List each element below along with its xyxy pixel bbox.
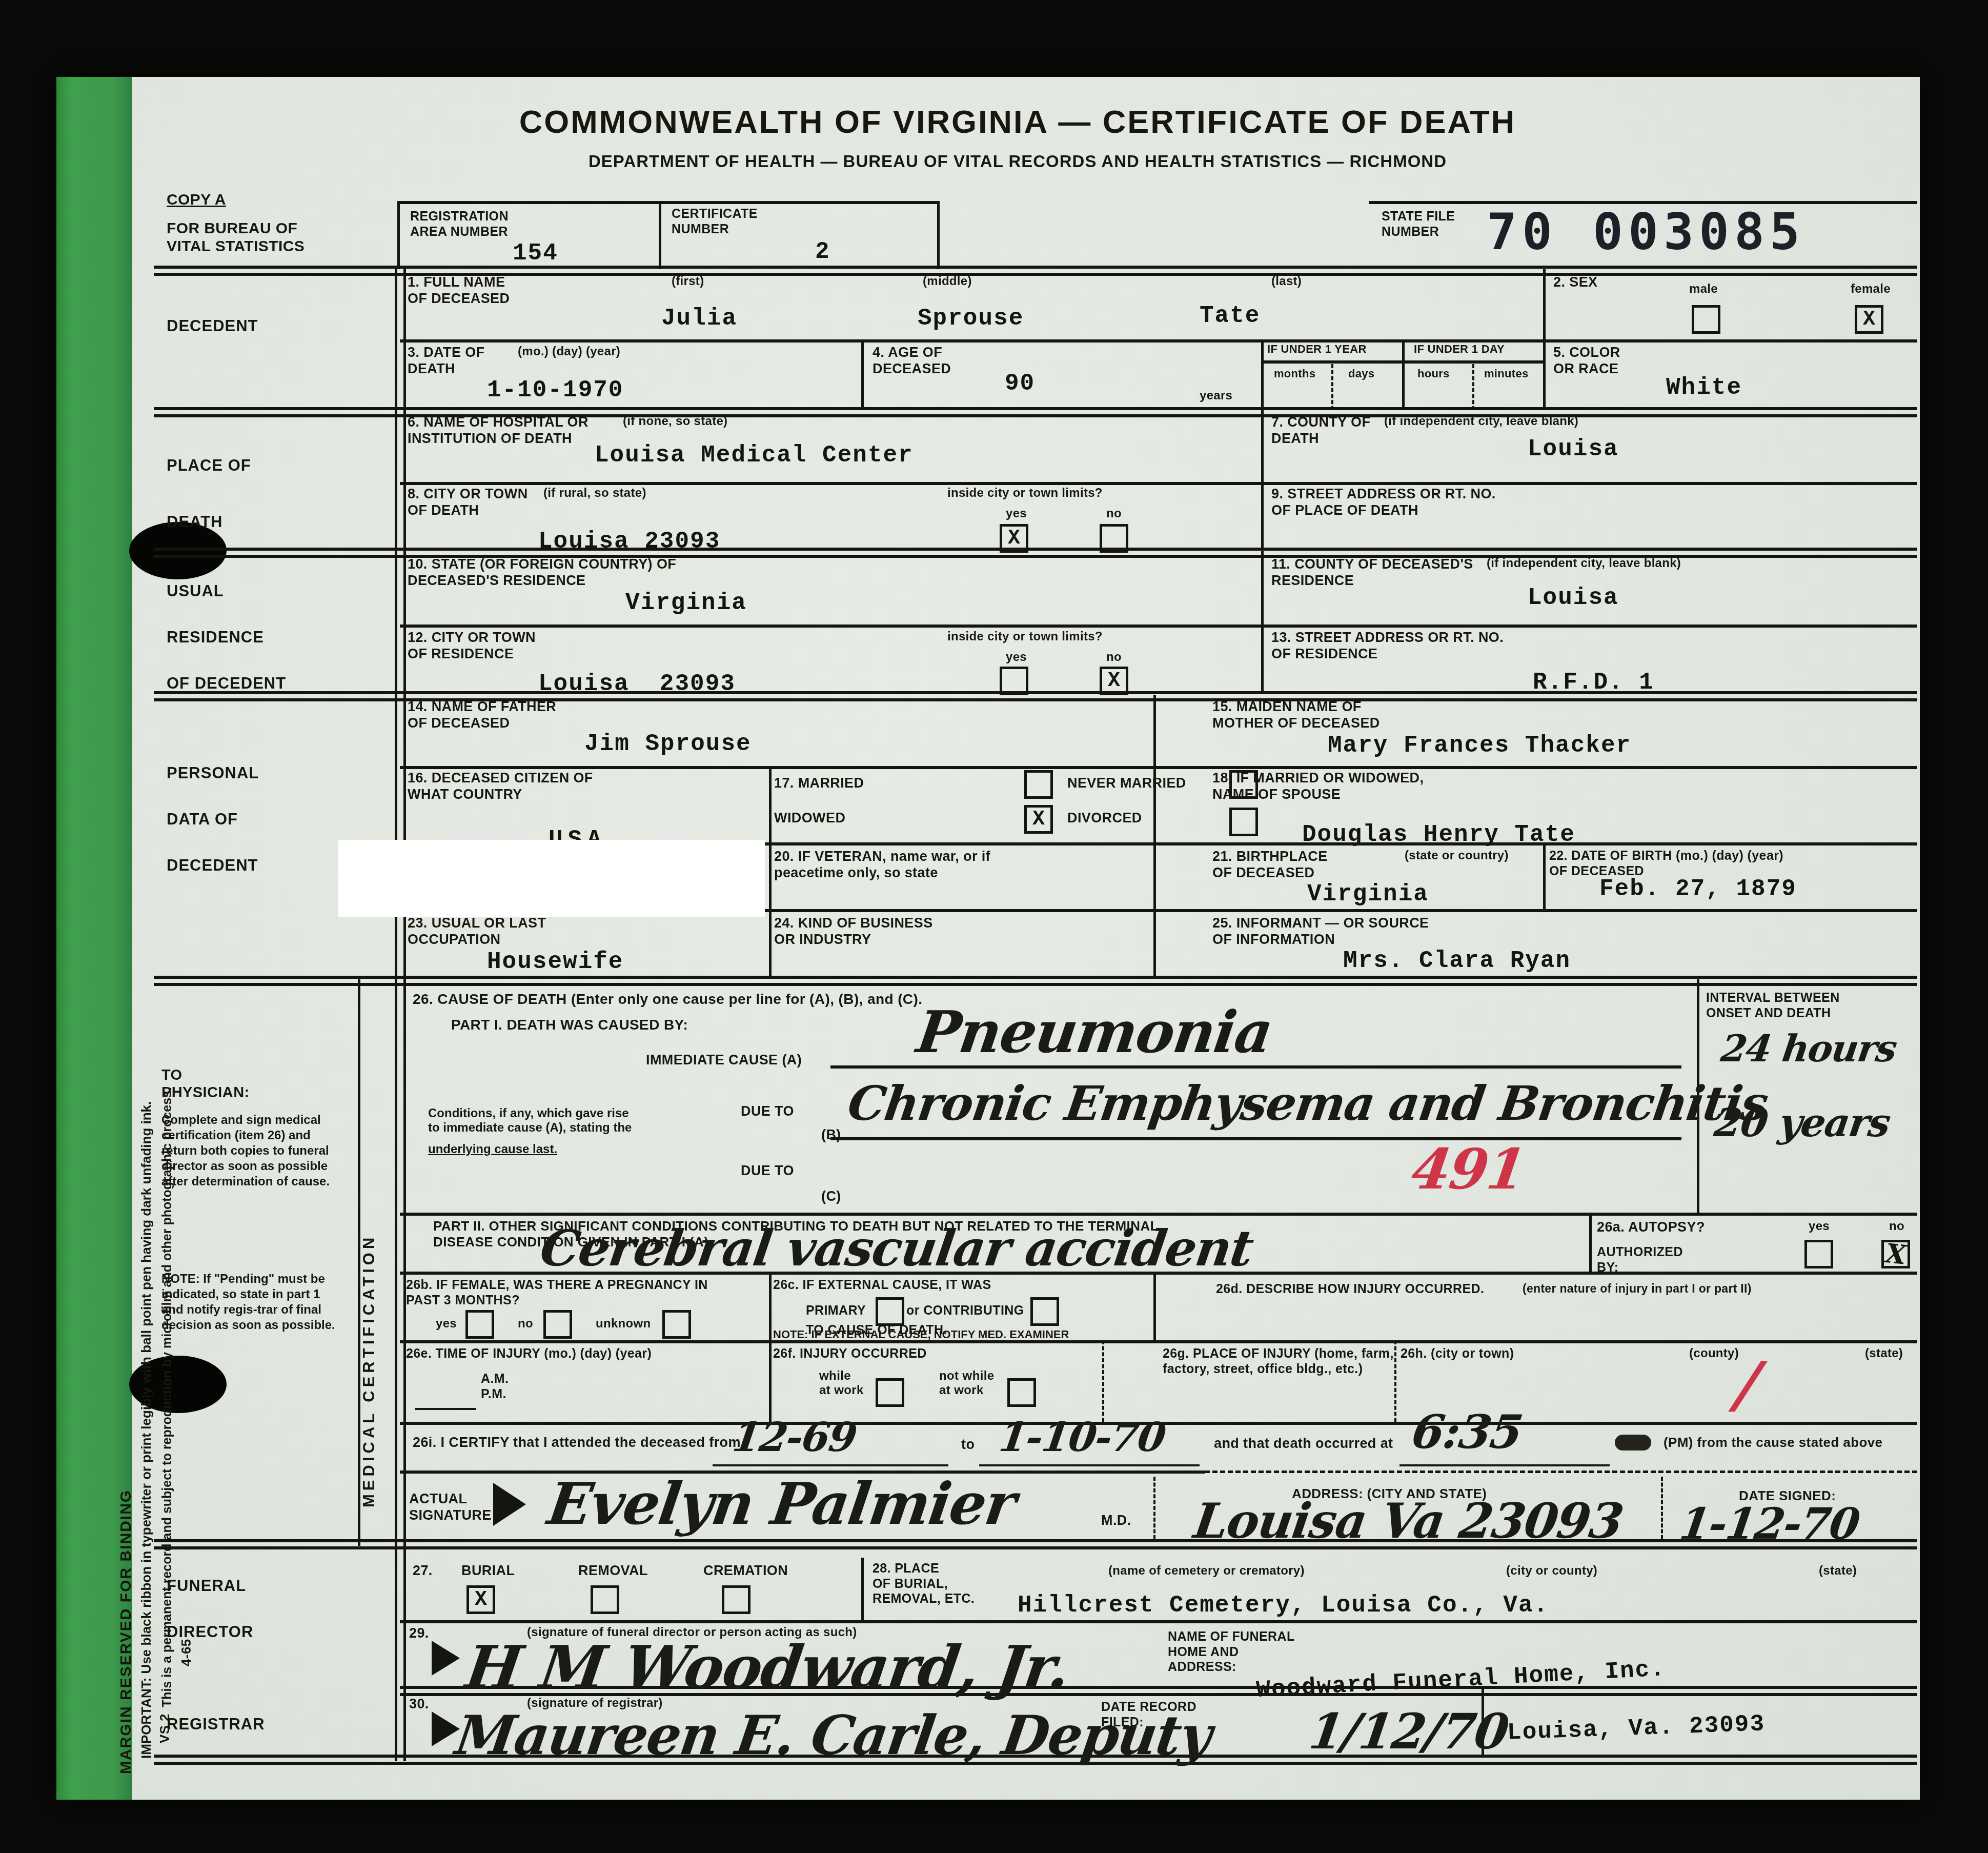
funeral-home-value: Woodward Funeral Home, Inc. — [1255, 1656, 1666, 1704]
cremation-label: CREMATION — [703, 1563, 788, 1579]
date-of-death-value: 1-10-1970 — [487, 377, 623, 404]
autopsy-no-checkbox: X — [1881, 1240, 1910, 1268]
field-8-yes-label: yes — [1006, 507, 1027, 521]
sex-male-checkbox — [1692, 305, 1720, 334]
part1-label: PART I. DEATH WAS CAUSED BY: — [451, 1016, 688, 1033]
field-26c-label: 26c. IF EXTERNAL CAUSE, IT WAS — [773, 1278, 991, 1293]
race-value: White — [1666, 374, 1742, 401]
mother-name-value: Mary Frances Thacker — [1328, 732, 1631, 759]
rail-place-of: PLACE OF — [167, 456, 251, 475]
field-13-label: 13. STREET ADDRESS OR RT. NO. OF RESIDEN… — [1271, 630, 1504, 662]
informant-value: Mrs. Clara Ryan — [1343, 948, 1571, 974]
funeral-home-city-value: Louisa, Va. 23093 — [1507, 1710, 1766, 1746]
certificate-paper: MARGIN RESERVED FOR BINDING IMPORTANT: U… — [56, 77, 1920, 1800]
field-21-hint: (state or country) — [1405, 849, 1509, 863]
field-27-num: 27. — [413, 1563, 433, 1579]
rail-registrar: REGISTRAR — [167, 1715, 265, 1734]
age-years-label: years — [1200, 389, 1232, 403]
pregnancy-yes-checkbox — [465, 1310, 494, 1339]
divorced-checkbox — [1229, 808, 1258, 836]
field-2-label: 2. SEX — [1553, 274, 1597, 291]
authorized-by-label: AUTHORIZED BY: — [1597, 1245, 1683, 1275]
date-filed-value: 1/12/70 — [1306, 1703, 1512, 1760]
b-label: (B) — [821, 1127, 841, 1143]
under-day-label: IF UNDER 1 DAY — [1414, 343, 1505, 356]
days-label: days — [1348, 367, 1374, 380]
contributing-label: or CONTRIBUTING — [906, 1303, 1024, 1319]
decedent-middle-name: Sprouse — [918, 305, 1024, 332]
date-filed-label: DATE RECORD FILED: — [1101, 1700, 1196, 1730]
immediate-cause-label: IMMEDIATE CAUSE (A) — [646, 1052, 802, 1069]
minutes-label: minutes — [1484, 367, 1528, 380]
rail-director: DIRECTOR — [167, 1623, 253, 1641]
interval-b-handwriting: 20 years — [1712, 1100, 1893, 1145]
field-7-hint: (if independent city, leave blank) — [1384, 414, 1578, 429]
md-label: M.D. — [1101, 1513, 1131, 1529]
field-1-last-hint: (last) — [1271, 274, 1302, 289]
field-21-label: 21. BIRTHPLACE OF DECEASED — [1212, 849, 1328, 881]
birthdate-value: Feb. 27, 1879 — [1599, 876, 1797, 902]
medical-certification-band: MEDICAL CERTIFICATION — [360, 1020, 379, 1507]
field-6-hint: (if none, so state) — [623, 414, 727, 429]
primary-checkbox — [876, 1297, 904, 1326]
margin-binding-note: MARGIN RESERVED FOR BINDING — [117, 1323, 135, 1774]
attended-from-value: 12-69 — [730, 1414, 859, 1461]
pregnancy-no-label: no — [518, 1317, 533, 1331]
registrar-signature: Maureen E. Carle, Deputy — [452, 1703, 1215, 1767]
am-scribbled-out: (AM) — [1615, 1435, 1651, 1451]
age-value: 90 — [1005, 370, 1035, 397]
under-year-label: IF UNDER 1 YEAR — [1267, 343, 1367, 356]
field-11-label: 11. COUNTY OF DECEASED'S RESIDENCE — [1271, 556, 1473, 589]
state-file-number: 70 003085 — [1487, 203, 1805, 261]
field-16-label: 16. DECEASED CITIZEN OF WHAT COUNTRY — [408, 770, 593, 803]
rail-data-of: DATA OF — [167, 810, 238, 829]
removal-checkbox — [591, 1585, 619, 1614]
removal-label: REMOVAL — [578, 1563, 648, 1579]
external-cause-note: NOTE: IF EXTERNAL CAUSE, NOTIFY MED. EXA… — [773, 1328, 1069, 1341]
widowed-checkbox: X — [1024, 805, 1053, 834]
contributing-checkbox — [1030, 1297, 1059, 1326]
interval-a-handwriting: 24 hours — [1718, 1026, 1899, 1070]
residence-street-value: R.F.D. 1 — [1533, 669, 1654, 696]
rail-death: DEATH — [167, 513, 222, 531]
due-to-b-label: DUE TO — [741, 1103, 794, 1120]
rail-funeral: FUNERAL — [167, 1577, 246, 1595]
widowed-mark: X — [1032, 808, 1045, 831]
certify-pre-text: 26i. I CERTIFY that I attended the decea… — [413, 1435, 741, 1451]
field-12-yes-label: yes — [1006, 650, 1027, 664]
hours-label: hours — [1417, 367, 1450, 380]
rail-usual: USUAL — [167, 582, 224, 600]
autopsy-yes-checkbox — [1804, 1240, 1833, 1268]
months-label: months — [1274, 367, 1315, 380]
field-12-label: 12. CITY OR TOWN OF RESIDENCE — [408, 630, 536, 662]
rail-of-decedent: OF DECEDENT — [167, 674, 286, 693]
sex-female-label: female — [1851, 282, 1891, 296]
field-4-label: 4. AGE OF DECEASED — [873, 345, 951, 377]
rail-physician-note: Complete and sign medical certification … — [161, 1113, 336, 1190]
actual-signature-label: ACTUAL SIGNATURE — [409, 1491, 492, 1524]
part2-handwriting: Cerebral vascular accident — [537, 1219, 1256, 1277]
copy-label: COPY A — [167, 191, 226, 209]
margin-important-note: IMPORTANT: Use black ribbon in typewrite… — [138, 682, 154, 1759]
field-26-label: 26. CAUSE OF DEATH (Enter only one cause… — [413, 991, 922, 1008]
field-26b-label: 26b. IF FEMALE, WAS THERE A PREGNANCY IN… — [406, 1278, 708, 1308]
city-of-death-value: Louisa 23093 — [538, 528, 720, 555]
funeral-director-signature: H M Woodward, Jr. — [462, 1633, 1074, 1702]
field-26g-label: 26g. PLACE OF INJURY (home, farm, factor… — [1163, 1346, 1394, 1377]
field-1-first-hint: (first) — [672, 274, 704, 289]
cause-b-handwriting: Chronic Emphysema and Bronchitis — [844, 1076, 1771, 1131]
field-26d-label: 26d. DESCRIBE HOW INJURY OCCURRED. — [1216, 1282, 1484, 1297]
hospital-value: Louisa Medical Center — [595, 442, 914, 469]
certificate-title: COMMONWEALTH OF VIRGINIA — CERTIFICATE O… — [261, 104, 1774, 140]
field-17-divorced-label: DIVORCED — [1067, 810, 1142, 827]
field-18-label: 18. IF MARRIED OR WIDOWED, NAME OF SPOUS… — [1212, 770, 1424, 803]
autopsy-no-label: no — [1889, 1219, 1904, 1234]
rail-residence: RESIDENCE — [167, 628, 264, 647]
c-label: (C) — [821, 1189, 841, 1205]
limits-yes-checkbox: X — [1000, 524, 1028, 553]
father-name-value: Jim Sprouse — [584, 731, 752, 757]
field-17-married-label: 17. MARRIED — [774, 775, 864, 792]
residence-county-value: Louisa — [1528, 585, 1619, 611]
cemetery-value: Hillcrest Cemetery, Louisa Co., Va. — [1018, 1592, 1549, 1619]
scanned-death-certificate: MARGIN RESERVED FOR BINDING IMPORTANT: U… — [0, 0, 1988, 1853]
not-while-at-work-checkbox — [1007, 1378, 1036, 1407]
field-9-label: 9. STREET ADDRESS OR RT. NO. OF PLACE OF… — [1271, 486, 1496, 519]
while-at-work-label: while at work — [819, 1369, 864, 1398]
due-to-c-label: DUE TO — [741, 1163, 794, 1179]
autopsy-label: 26a. AUTOPSY? — [1597, 1219, 1705, 1236]
primary-label: PRIMARY — [806, 1303, 866, 1319]
sex-female-mark: X — [1863, 308, 1875, 331]
rail-to-physician: TO PHYSICIAN: — [161, 1066, 250, 1101]
field-14-label: 14. NAME OF FATHER OF DECEASED — [408, 699, 556, 732]
burial-checkbox: X — [466, 1585, 495, 1614]
field-26f-label: 26f. INJURY OCCURRED — [773, 1346, 927, 1362]
pregnancy-yes-label: yes — [436, 1317, 457, 1331]
certificate-subtitle: DEPARTMENT OF HEALTH — BUREAU OF VITAL R… — [261, 152, 1774, 171]
signature-arrow-icon — [493, 1483, 526, 1526]
certificate-number-value: 2 — [815, 238, 830, 265]
interval-label: INTERVAL BETWEEN ONSET AND DEATH — [1706, 991, 1840, 1021]
field-22-label: 22. DATE OF BIRTH (mo.) (day) (year) OF … — [1549, 849, 1783, 879]
pregnancy-unknown-label: unknown — [596, 1317, 651, 1331]
field-10-label: 10. STATE (OR FOREIGN COUNTRY) OF DECEAS… — [408, 556, 676, 589]
registration-area-value: 154 — [513, 240, 558, 267]
decedent-first-name: Julia — [661, 305, 737, 332]
autopsy-yes-label: yes — [1809, 1219, 1830, 1234]
county-hint: (county) — [1689, 1346, 1739, 1361]
field-3-hint: (mo.) (day) (year) — [518, 345, 620, 359]
burial-mark: X — [475, 1588, 487, 1612]
cause-a-handwriting: Pneumonia — [913, 999, 1276, 1066]
field-28-hint2: (city or county) — [1506, 1564, 1597, 1578]
red-code-stamp: 491 — [1408, 1137, 1529, 1202]
copy-bureau-label: FOR BUREAU OF VITAL STATISTICS — [167, 219, 305, 256]
rail-decedent2: DECEDENT — [167, 856, 258, 875]
field-12-no-label: no — [1106, 650, 1122, 664]
residence-limits-no-mark: X — [1108, 670, 1120, 693]
certificate-number-label: CERTIFICATE NUMBER — [672, 207, 758, 237]
county-of-death-value: Louisa — [1528, 436, 1619, 462]
residence-city-value: Louisa 23093 — [538, 671, 736, 697]
burial-label: BURIAL — [461, 1563, 515, 1579]
limits-yes-mark: X — [1008, 527, 1020, 550]
field-6-label: 6. NAME OF HOSPITAL OR INSTITUTION OF DE… — [408, 414, 589, 447]
field-1-label: 1. FULL NAME OF DECEASED — [408, 274, 510, 307]
margin-permanent-note: This is a permanent record and subject t… — [160, 759, 175, 1707]
field-24-label: 24. KIND OF BUSINESS OR INDUSTRY — [774, 915, 933, 948]
autopsy-no-mark: X — [1884, 1238, 1908, 1271]
field-8-label: 8. CITY OR TOWN OF DEATH — [408, 486, 528, 519]
field-1-middle-hint: (middle) — [923, 274, 972, 289]
birthplace-value: Virginia — [1307, 881, 1429, 908]
field-30-num: 30. — [409, 1696, 429, 1713]
field-29-num: 29. — [409, 1625, 429, 1642]
state-hint: (state) — [1865, 1346, 1903, 1361]
field-3-label: 3. DATE OF DEATH — [408, 345, 485, 377]
rail-pending-note: NOTE: If "Pending" must be indicated, so… — [161, 1272, 336, 1333]
field-8-hint: (if rural, so state) — [543, 486, 646, 500]
rail-decedent: DECEDENT — [167, 317, 258, 335]
while-at-work-checkbox — [876, 1378, 904, 1407]
field-15-label: 15. MAIDEN NAME OF MOTHER OF DECEASED — [1212, 699, 1380, 732]
field-23-label: 23. USUAL OR LAST OCCUPATION — [408, 915, 546, 948]
sex-male-label: male — [1689, 282, 1718, 296]
field-5-label: 5. COLOR OR RACE — [1553, 345, 1620, 377]
field-25-label: 25. INFORMANT — OR SOURCE OF INFORMATION — [1212, 915, 1429, 948]
field-8-limits-label: inside city or town limits? — [947, 486, 1103, 500]
field-26e-label: 26e. TIME OF INJURY (mo.) (day) (year) — [406, 1346, 652, 1362]
cremation-checkbox — [722, 1585, 750, 1614]
physician-signature: Evelyn Palmier — [544, 1471, 1020, 1538]
field-26h-label: 26h. (city or town) — [1401, 1346, 1514, 1362]
certify-to-word: to — [961, 1437, 975, 1453]
certify-mid-text: and that death occurred at — [1214, 1436, 1393, 1452]
ampm-label: A.M. P.M. — [481, 1372, 509, 1402]
spouse-name-value: Douglas Henry Tate — [1302, 821, 1575, 848]
occupation-value: Housewife — [487, 949, 623, 975]
limits-no-checkbox — [1100, 524, 1128, 553]
funeral-director-arrow-icon — [432, 1641, 460, 1676]
death-time-value: 6:35 — [1409, 1405, 1526, 1459]
physician-address-value: Louisa Va 23093 — [1190, 1493, 1626, 1549]
married-checkbox — [1024, 770, 1053, 799]
redaction-box — [338, 840, 765, 917]
field-11-hint: (if independent city, leave blank) — [1487, 556, 1681, 571]
registration-area-label: REGISTRATION AREA NUMBER — [410, 209, 509, 239]
field-8-no-label: no — [1106, 507, 1122, 521]
field-20-label: 20. IF VETERAN, name war, or if peacetim… — [774, 849, 990, 881]
pregnancy-no-checkbox — [543, 1310, 572, 1339]
residence-state-value: Virginia — [625, 590, 747, 616]
sex-female-checkbox: X — [1855, 305, 1883, 334]
field-28-hint3: (state) — [1819, 1564, 1857, 1578]
field-17-widowed-label: WIDOWED — [774, 810, 845, 827]
field-17-never-label: NEVER MARRIED — [1067, 775, 1186, 792]
state-file-label: STATE FILE NUMBER — [1382, 209, 1455, 239]
residence-limits-yes-checkbox — [1000, 667, 1028, 695]
attended-to-value: 1-10-70 — [997, 1414, 1168, 1461]
field-7-label: 7. COUNTY OF DEATH — [1271, 414, 1370, 447]
field-28-hint1: (name of cemetery or crematory) — [1108, 1564, 1305, 1578]
field-28-label: 28. PLACE OF BURIAL, REMOVAL, ETC. — [873, 1561, 975, 1607]
conditions-note: Conditions, if any, which gave rise to i… — [428, 1106, 632, 1135]
field-26d-hint: (enter nature of injury in part I or par… — [1523, 1282, 1752, 1296]
field-12-limits-label: inside city or town limits? — [947, 630, 1103, 644]
not-while-at-work-label: not while at work — [939, 1369, 995, 1398]
underlying-note: underlying cause last. — [428, 1142, 557, 1157]
rail-personal: PERSONAL — [167, 764, 259, 782]
pregnancy-unknown-checkbox — [662, 1310, 691, 1339]
decedent-last-name: Tate — [1200, 303, 1260, 329]
residence-limits-no-checkbox: X — [1100, 667, 1128, 695]
date-signed-value: 1-12-70 — [1677, 1498, 1862, 1549]
funeral-home-label: NAME OF FUNERAL HOME AND ADDRESS: — [1168, 1629, 1295, 1675]
certify-post-text: (PM) from the cause stated above — [1664, 1435, 1882, 1451]
